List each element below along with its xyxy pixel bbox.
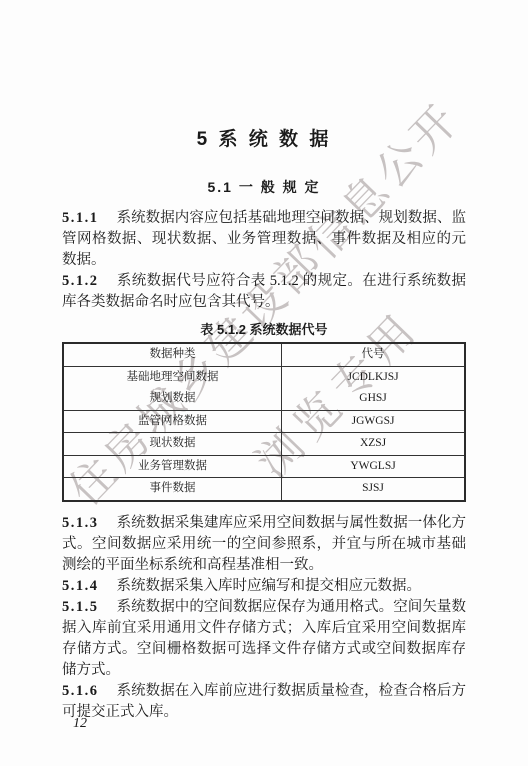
table-header-code: 代号 [282,343,465,366]
table-cell-code: YWGLSJ [282,455,465,478]
table-cell-label: 业务管理数据 [63,455,282,478]
table-cell-label: 监管网格数据 [63,410,282,433]
table-row: 监管网格数据 JGWGSJ [63,410,465,433]
table-cell-label: 规划数据 [63,388,282,410]
body-text-block-1: 5.1.1系统数据内容应包括基础地理空间数据、规划数据、监管网格数据、现状数据、… [62,208,466,313]
clause-number: 5.1.1 [62,210,99,226]
table-title: 表 5.1.2 系统数据代号 [62,321,466,339]
clause-text: 系统数据内容应包括基础地理空间数据、规划数据、监管网格数据、现状数据、业务管理数… [62,210,466,268]
clause-5-1-4: 5.1.4系统数据采集入库时应编写和提交相应元数据。 [62,576,466,597]
clause-text: 系统数据采集入库时应编写和提交相应元数据。 [117,578,422,594]
page-content: 5 系 统 数 据 5.1 一 般 规 定 5.1.1系统数据内容应包括基础地理… [62,127,466,723]
clause-5-1-3: 5.1.3系统数据采集建库应采用空间数据与属性数据一体化方式。空间数据应采用统一… [62,513,466,576]
table-cell-code: JGWGSJ [282,410,465,433]
clause-text: 系统数据在入库前应进行数据质量检查，检查合格后方可提交正式入库。 [62,683,466,720]
page-number: 12 [73,716,87,732]
clause-5-1-6: 5.1.6系统数据在入库前应进行数据质量检查，检查合格后方可提交正式入库。 [62,681,466,723]
clause-5-1-2: 5.1.2系统数据代号应符合表 5.1.2 的规定。在进行系统数据库各类数据命名… [62,271,466,313]
section-heading: 5.1 一 般 规 定 [62,177,466,197]
clause-number: 5.1.2 [62,273,99,289]
table-cell-code: SJSJ [282,478,465,501]
table-cell-code: JCDLKJSJ [282,366,465,388]
clause-5-1-1: 5.1.1系统数据内容应包括基础地理空间数据、规划数据、监管网格数据、现状数据、… [62,208,466,271]
table-header-row: 数据种类 代号 [63,343,465,366]
clause-5-1-5: 5.1.5系统数据中的空间数据应保存为通用格式。空间矢量数据入库前宜采用通用文件… [62,597,466,681]
table-cell-label: 基础地理空间数据 [63,366,282,388]
chapter-heading: 5 系 统 数 据 [62,127,466,153]
clause-number: 5.1.6 [62,683,99,699]
table-cell-label: 事件数据 [63,478,282,501]
clause-number: 5.1.3 [62,515,99,531]
table-row: 规划数据 GHSJ [63,388,465,410]
table-cell-code: GHSJ [282,388,465,410]
table-row: 事件数据 SJSJ [63,478,465,501]
data-code-table: 数据种类 代号 基础地理空间数据 JCDLKJSJ 规划数据 GHSJ 监管网格… [62,342,466,502]
clause-text: 系统数据代号应符合表 5.1.2 的规定。在进行系统数据库各类数据命名时应包含其… [62,273,466,310]
clause-number: 5.1.4 [62,578,99,594]
clause-text: 系统数据采集建库应采用空间数据与属性数据一体化方式。空间数据应采用统一的空间参照… [62,515,466,573]
clause-number: 5.1.5 [62,599,99,615]
clause-text: 系统数据中的空间数据应保存为通用格式。空间矢量数据入库前宜采用通用文件存储方式；… [62,599,466,678]
body-text-block-2: 5.1.3系统数据采集建库应采用空间数据与属性数据一体化方式。空间数据应采用统一… [62,513,466,723]
table-row: 业务管理数据 YWGLSJ [63,455,465,478]
table-row: 现状数据 XZSJ [63,433,465,456]
table-header-data-type: 数据种类 [63,343,282,366]
table-row: 基础地理空间数据 JCDLKJSJ [63,366,465,388]
document-page: 住房城乡建设部信息公开 浏览专用 5 系 统 数 据 5.1 一 般 规 定 5… [0,0,528,766]
table-cell-code: XZSJ [282,433,465,456]
table-cell-label: 现状数据 [63,433,282,456]
